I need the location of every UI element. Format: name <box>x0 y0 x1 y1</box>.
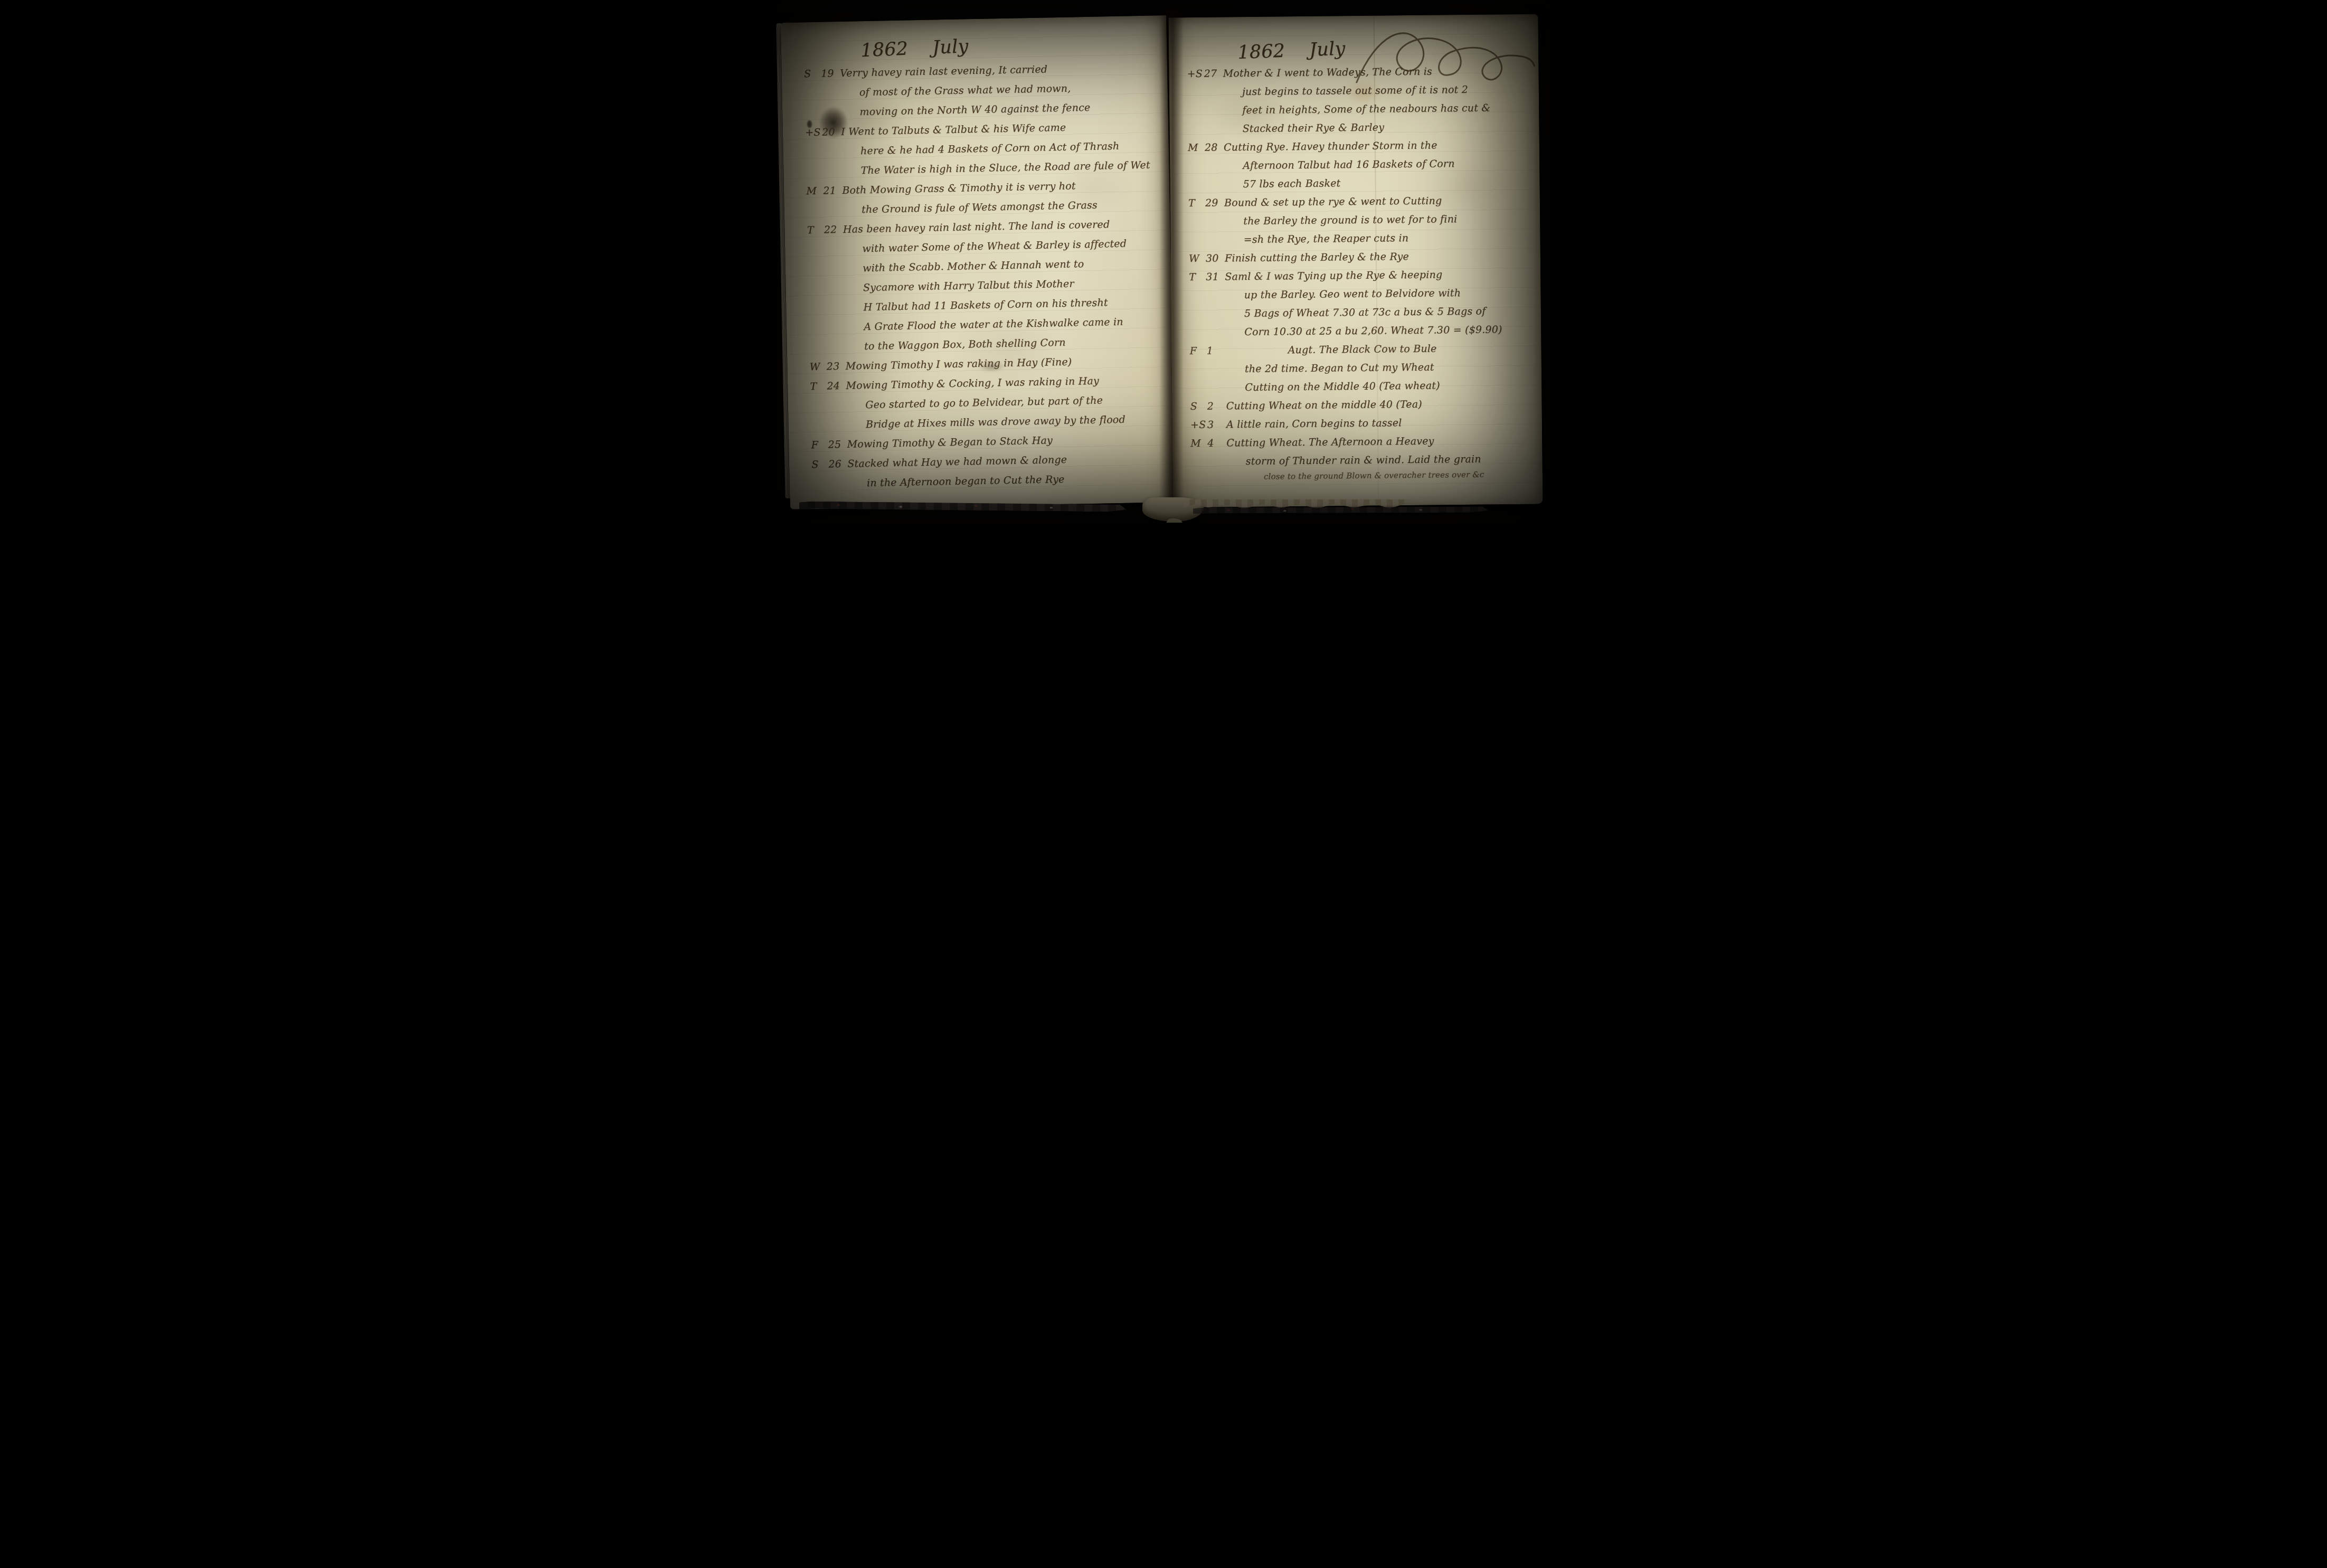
entry-day-letter: M <box>806 182 824 202</box>
entry-row: S19Verry havey rain last evening, It car… <box>803 58 1161 123</box>
entry-text: Augt. The Black Cow to Bulethe 2d time. … <box>1225 339 1536 398</box>
entry-row: T29Bound & set up the rye & went to Cutt… <box>1188 191 1535 250</box>
entry-day-letter: W <box>809 357 827 377</box>
entry-date-number: 26 <box>828 455 847 475</box>
entry-text: Has been havey rain last night. The land… <box>843 214 1166 357</box>
entry-day-letter: F <box>811 436 828 456</box>
entry-day-letter: T <box>1189 268 1206 287</box>
entry-text: I Went to Talbuts & Talbut & his Wife ca… <box>840 116 1162 181</box>
entry-day-letter: S <box>1190 398 1207 416</box>
diary-photo: 1862 July S19Verry havey rain last eveni… <box>776 0 1552 523</box>
entry-text: A little rain, Corn begins to tassel <box>1226 413 1536 434</box>
entry-row: T24Mowing Timothy & Cocking, I was rakin… <box>810 370 1168 436</box>
entry-day-letter: +S <box>805 123 822 143</box>
entry-date-number: 2 <box>1207 397 1226 415</box>
entry-text: Cutting Wheat on the middle 40 (Tea) <box>1226 394 1536 416</box>
entry-row: F1Augt. The Black Cow to Bulethe 2d time… <box>1189 339 1536 398</box>
entry-line: Corn 10.30 at 25 a bu 2,60. Wheat 7.30 =… <box>1225 320 1536 342</box>
entry-text: Cutting Wheat. The Afternoon a Heaveysto… <box>1226 431 1537 483</box>
entry-line: Bound & set up the rye & went to Cutting <box>1224 191 1534 213</box>
entry-date-number: 22 <box>824 220 843 240</box>
entry-line: Mother & I went to Wadeys, The Corn is <box>1223 62 1533 83</box>
entry-line: Augt. The Black Cow to Bule <box>1225 339 1536 361</box>
diary-left-page: 1862 July S19Verry havey rain last eveni… <box>781 15 1176 509</box>
entry-day-letter: S <box>811 455 828 475</box>
entry-row: M4Cutting Wheat. The Afternoon a Heaveys… <box>1190 431 1537 483</box>
entry-line: the 2d time. Began to Cut my Wheat <box>1225 357 1536 379</box>
diary-right-page: 1862 July +S27Mother & I went to Wadeys,… <box>1168 14 1543 508</box>
entry-line: close to the ground Blown & overacher tr… <box>1226 468 1537 483</box>
entry-row: +S27Mother & I went to Wadeys, The Corn … <box>1187 62 1534 139</box>
entry-day-letter: M <box>1187 139 1204 157</box>
entries-left: S19Verry havey rain last evening, It car… <box>803 58 1169 494</box>
entry-date-number: 3 <box>1207 415 1226 434</box>
header-year: 1862 <box>1237 41 1285 63</box>
entry-line: the Barley the ground is to wet for to f… <box>1224 210 1535 231</box>
header-month: July <box>932 36 969 59</box>
entry-date-number: 4 <box>1207 434 1226 452</box>
entries-right: +S27Mother & I went to Wadeys, The Corn … <box>1187 62 1537 483</box>
entry-date-number: 23 <box>826 357 846 377</box>
entry-day-letter: T <box>807 221 824 241</box>
entry-date-number: 31 <box>1206 268 1225 286</box>
page-header-left: 1862 July <box>860 28 1167 61</box>
entry-line: storm of Thunder rain & wind. Laid the g… <box>1226 450 1537 471</box>
entry-date-number: 21 <box>823 181 843 201</box>
entry-text: Verry havey rain last evening, It carrie… <box>839 58 1161 122</box>
entry-line: Cutting Wheat on the middle 40 (Tea) <box>1226 394 1536 416</box>
entry-date-number: 25 <box>828 435 847 455</box>
entry-line: Cutting Wheat. The Afternoon a Heavey <box>1226 431 1537 453</box>
marbled-cover-edge-right <box>1193 506 1488 514</box>
entry-date-number: 19 <box>820 64 840 84</box>
entry-row: M21Both Mowing Grass & Timothy it is ver… <box>806 175 1163 221</box>
entry-day-letter: T <box>810 377 827 397</box>
entry-line: up the Barley. Geo went to Belvidore wit… <box>1225 284 1535 305</box>
entry-text: Bound & set up the rye & went to Cutting… <box>1224 191 1535 250</box>
entry-line: Stacked their Rye & Barley <box>1223 117 1534 139</box>
entry-date-number: 24 <box>827 376 846 396</box>
entry-row: M28Cutting Rye. Havey thunder Storm in t… <box>1187 136 1534 194</box>
entry-line: Saml & I was Tying up the Rye & heeping <box>1225 265 1535 287</box>
entry-date-number: 27 <box>1204 64 1223 83</box>
entry-text: Both Mowing Grass & Timothy it is verry … <box>841 175 1163 220</box>
entry-date-number: 29 <box>1205 194 1224 212</box>
entry-text: Mother & I went to Wadeys, The Corn isju… <box>1223 62 1534 139</box>
entry-row: S26Stacked what Hay we had mown & alonge… <box>811 448 1168 494</box>
entry-day-letter: +S <box>1190 416 1207 434</box>
entry-line: 5 Bags of Wheat 7.30 at 73c a bus & 5 Ba… <box>1225 302 1535 324</box>
entry-line: 57 lbs each Basket <box>1224 173 1534 194</box>
entry-text: Stacked what Hay we had mown & alongein … <box>847 448 1168 494</box>
entry-date-number: 30 <box>1205 249 1224 268</box>
entry-day-letter: M <box>1190 434 1207 453</box>
entry-line: feet in heights, Some of the neabours ha… <box>1223 99 1534 120</box>
entry-line: A little rain, Corn begins to tassel <box>1226 413 1536 434</box>
entry-row: T31Saml & I was Tying up the Rye & heepi… <box>1189 265 1536 342</box>
entry-line: Cutting Rye. Havey thunder Storm in the <box>1223 136 1534 157</box>
entry-line: =sh the Rye, the Reaper cuts in <box>1224 228 1535 250</box>
entry-text: Finish cutting the Barley & the Rye <box>1224 247 1535 268</box>
entry-text: Cutting Rye. Havey thunder Storm in theA… <box>1223 136 1534 194</box>
entry-line: just begins to tassele out some of it is… <box>1223 80 1533 102</box>
entry-date-number: 1 <box>1206 342 1225 360</box>
entry-text: Saml & I was Tying up the Rye & heepingu… <box>1225 265 1536 342</box>
entry-line: Finish cutting the Barley & the Rye <box>1224 247 1535 268</box>
entry-line: Afternoon Talbut had 16 Baskets of Corn <box>1224 154 1534 176</box>
entry-day-letter: S <box>803 64 821 84</box>
entry-day-letter: W <box>1188 250 1205 268</box>
entry-row: +S20I Went to Talbuts & Talbut & his Wif… <box>805 116 1162 182</box>
entry-day-letter: F <box>1189 342 1206 361</box>
entry-date-number: 20 <box>821 122 841 143</box>
header-month: July <box>1309 38 1346 61</box>
entry-line: Cutting on the Middle 40 (Tea wheat) <box>1226 376 1536 398</box>
entry-row: T22Has been havey rain last night. The l… <box>807 214 1166 357</box>
header-year: 1862 <box>860 39 908 62</box>
entry-text: Mowing Timothy & Cocking, I was raking i… <box>846 370 1168 435</box>
entry-day-letter: T <box>1188 194 1205 213</box>
entry-date-number: 28 <box>1204 138 1223 157</box>
entry-day-letter: +S <box>1187 65 1204 83</box>
